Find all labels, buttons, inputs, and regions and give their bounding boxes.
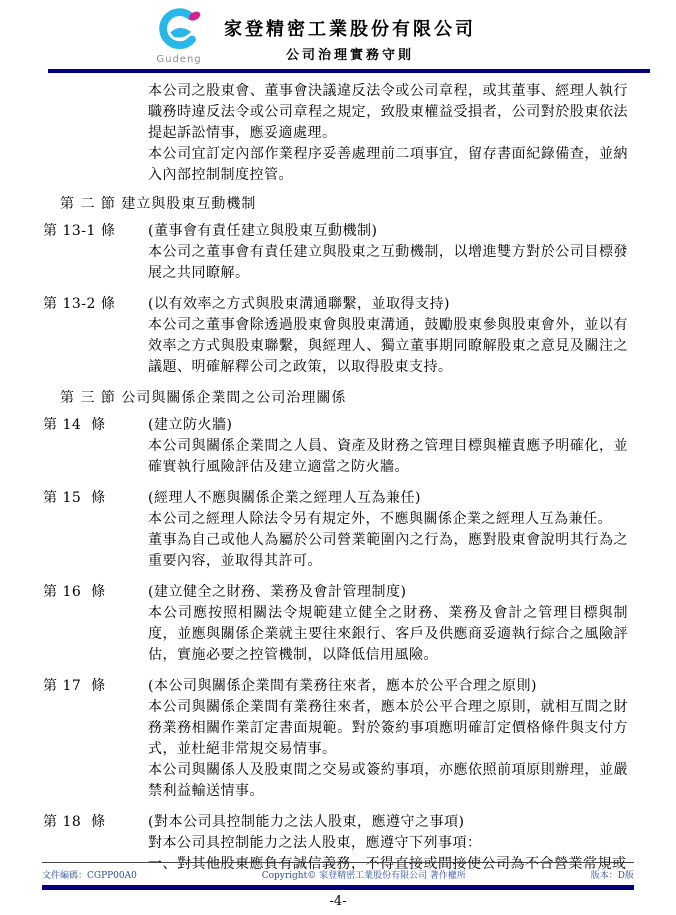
footer-row: 文件編碼：CGPP00A0 Copyright© 家登精密工業股份有限公司 著作… <box>42 866 634 885</box>
article-paragraph: 對本公司具控制能力之法人股東，應遵守下列事項： <box>148 833 628 854</box>
article-label: 第 13-1 條 <box>43 221 148 284</box>
article-row: 第 14 條(建立防火牆)本公司與關係企業間之人員、資產及財務之管理目標與權責應… <box>43 415 628 478</box>
article-content: (建立健全之財務、業務及會計管理制度)本公司應按照相關法令規範建立健全之財務、業… <box>148 582 628 666</box>
intro-paragraph: 本公司宜訂定內部作業程序妥善處理前二項事宜，留存書面紀錄備查，並納入內部控制制度… <box>148 144 628 186</box>
article-title: (經理人不應與關係企業之經理人互為兼任) <box>148 488 628 509</box>
article-label: 第 16 條 <box>43 582 148 666</box>
footer-thin-divider <box>42 862 634 863</box>
article-content: (建立防火牆)本公司與關係企業間之人員、資產及財務之管理目標與權責應予明確化，並… <box>148 415 628 478</box>
article-row: 第 13-2 條(以有效率之方式與股東溝通聯繫，並取得支持)本公司之董事會除透過… <box>43 294 628 378</box>
section-heading: 第 三 節 公司與關係企業間之公司治理關係 <box>60 388 628 409</box>
sections: 第 二 節 建立與股東互動機制第 13-1 條(董事會有責任建立與股東互動機制)… <box>43 194 628 875</box>
article-paragraph: 董事為自己或他人為屬於公司營業範圍內之行為，應對股東會說明其行為之重要內容，並取… <box>148 530 628 572</box>
article-content: (經理人不應與關係企業之經理人互為兼任)本公司之經理人除法令另有規定外，不應與關… <box>148 488 628 572</box>
article-paragraph: 本公司應按照相關法令規範建立健全之財務、業務及會計之管理目標與制度，並應與關係企… <box>148 603 628 666</box>
article-row: 第 16 條(建立健全之財務、業務及會計管理制度)本公司應按照相關法令規範建立健… <box>43 582 628 666</box>
document-title: 公司治理實務守則 <box>286 44 414 63</box>
document-code: 文件編碼：CGPP00A0 <box>42 868 137 881</box>
footer-thick-divider <box>42 885 634 890</box>
article-label: 第 14 條 <box>43 415 148 478</box>
document-body: 本公司之股東會、董事會決議違反法令或公司章程，或其董事、經理人執行職務時違反法令… <box>0 73 676 875</box>
article-paragraph: 本公司與關係人及股東間之交易或簽約事項，亦應依照前項原則辦理，並嚴禁利益輸送情事… <box>148 760 628 802</box>
article-row: 第 17 條(本公司與關係企業間有業務往來者，應本於公平合理之原則)本公司與關係… <box>43 676 628 802</box>
article-title: (建立防火牆) <box>148 415 628 436</box>
article-paragraph: 本公司之董事會有責任建立與股東之互動機制，以增進雙方對於公司目標發展之共同瞭解。 <box>148 242 628 284</box>
article-title: (建立健全之財務、業務及會計管理制度) <box>148 582 628 603</box>
company-logo: Gudeng <box>144 8 214 65</box>
version-label: 版本：D版 <box>591 868 634 881</box>
copyright-text: Copyright© 家登精密工業股份有限公司 著作權所 <box>137 868 591 881</box>
article-content: (董事會有責任建立與股東互動機制)本公司之董事會有責任建立與股東之互動機制，以增… <box>148 221 628 284</box>
article-content: (以有效率之方式與股東溝通聯繫，並取得支持)本公司之董事會除透過股東會與股東溝通… <box>148 294 628 378</box>
article-content: (本公司與關係企業間有業務往來者，應本於公平合理之原則)本公司與關係企業間有業務… <box>148 676 628 802</box>
page-number: -4- <box>42 894 634 909</box>
article-paragraph: 本公司之董事會除透過股東會與股東溝通，鼓勵股東參與股東會外，並以有效率之方式與股… <box>148 315 628 378</box>
section-heading: 第 二 節 建立與股東互動機制 <box>60 194 628 215</box>
header-titles: 家登精密工業股份有限公司 公司治理實務守則 <box>224 19 476 65</box>
article-label: 第 13-2 條 <box>43 294 148 378</box>
article-label: 第 17 條 <box>43 676 148 802</box>
article-row: 第 15 條(經理人不應與關係企業之經理人互為兼任)本公司之經理人除法令另有規定… <box>43 488 628 572</box>
article-paragraph: 本公司之經理人除法令另有規定外，不應與關係企業之經理人互為兼任。 <box>148 509 628 530</box>
article-title: (對本公司具控制能力之法人股東，應遵守之事項) <box>148 812 628 833</box>
document-page: Gudeng 家登精密工業股份有限公司 公司治理實務守則 本公司之股東會、董事會… <box>0 0 676 915</box>
article-title: (董事會有責任建立與股東互動機制) <box>148 221 628 242</box>
gudeng-logo-icon <box>153 8 205 56</box>
intro-block: 本公司之股東會、董事會決議違反法令或公司章程，或其董事、經理人執行職務時違反法令… <box>148 81 628 186</box>
logo-brand-text: Gudeng <box>156 54 201 65</box>
article-title: (本公司與關係企業間有業務往來者，應本於公平合理之原則) <box>148 676 628 697</box>
page-footer: 文件編碼：CGPP00A0 Copyright© 家登精密工業股份有限公司 著作… <box>0 862 676 915</box>
article-title: (以有效率之方式與股東溝通聯繫，並取得支持) <box>148 294 628 315</box>
page-header: Gudeng 家登精密工業股份有限公司 公司治理實務守則 <box>0 0 648 65</box>
intro-paragraph: 本公司之股東會、董事會決議違反法令或公司章程，或其董事、經理人執行職務時違反法令… <box>148 81 628 144</box>
article-paragraph: 本公司與關係企業間有業務往來者，應本於公平合理之原則，就相互間之財務業務相關作業… <box>148 697 628 760</box>
article-row: 第 13-1 條(董事會有責任建立與股東互動機制)本公司之董事會有責任建立與股東… <box>43 221 628 284</box>
company-name: 家登精密工業股份有限公司 <box>224 19 476 41</box>
article-paragraph: 本公司與關係企業間之人員、資產及財務之管理目標與權責應予明確化，並確實執行風險評… <box>148 436 628 478</box>
article-label: 第 15 條 <box>43 488 148 572</box>
